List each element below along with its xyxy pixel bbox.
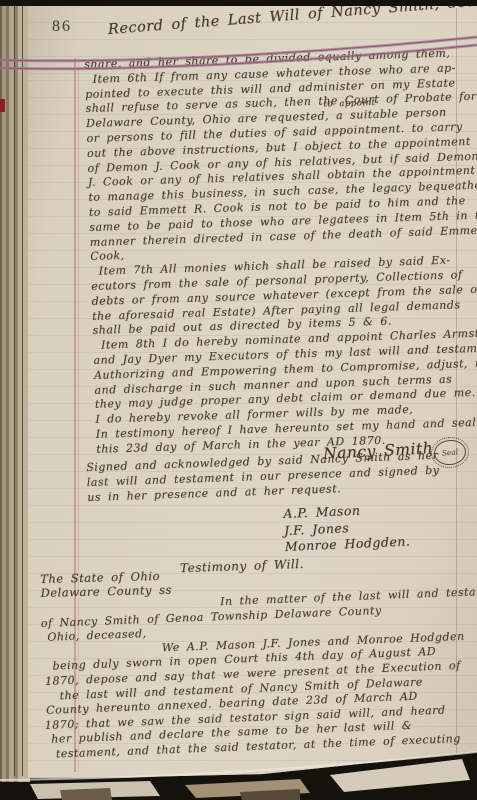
red-edge-mark: [0, 99, 5, 112]
page-edge-line: [14, 6, 15, 776]
witness-signatures: A.P. MasonJ.F. JonesMonroe Hodgden.: [283, 501, 411, 556]
page-edge-line: [22, 6, 23, 776]
torn-page-fragment: [60, 788, 112, 800]
torn-page-fragment: [185, 779, 310, 798]
page-number: 86: [52, 18, 72, 36]
book-binding-edge: [0, 6, 30, 782]
torn-page-fragment: [240, 789, 300, 800]
venue-block: The State of Ohio Delaware County ss: [40, 569, 172, 600]
ledger-page: 86 Record of the Last Will of Nancy Smit…: [28, 6, 477, 778]
attestation-block: Signed and acknowledged by said Nancy Sm…: [86, 449, 440, 506]
seal-label: Seal: [441, 447, 458, 458]
torn-page-fragment: [30, 781, 160, 799]
page-title: Record of the Last Will of Nancy Smith, …: [107, 0, 477, 38]
testimony-heading: Testimony of Will.: [180, 557, 304, 575]
record-book-photo: 86 Record of the Last Will of Nancy Smit…: [0, 0, 477, 800]
will-body: share, and her share to be divided equal…: [84, 46, 476, 457]
testimony-block: In the matter of the last will and testa…: [40, 586, 470, 763]
